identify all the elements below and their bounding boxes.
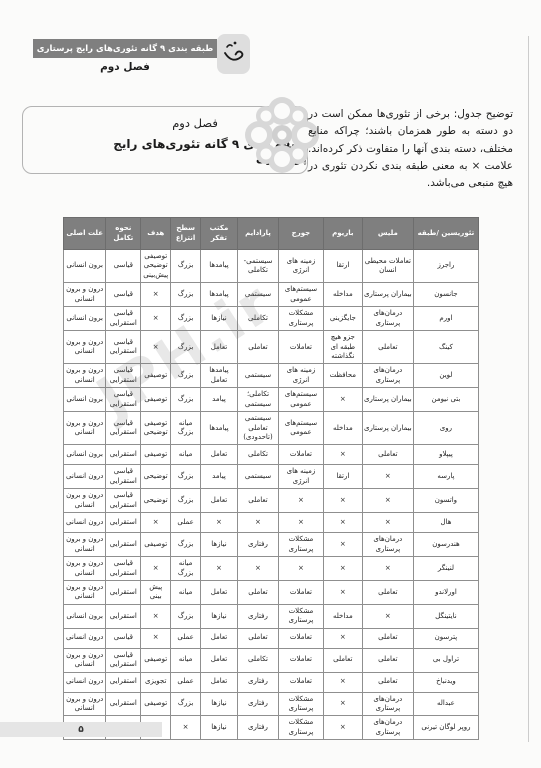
- table-cell: درون انسانی: [64, 672, 106, 692]
- table-cell: ×: [323, 489, 362, 513]
- table-cell: توصیفی: [141, 533, 171, 557]
- table-cell: بزرگ: [171, 489, 201, 513]
- theorist-name: اورم: [413, 307, 478, 331]
- table-cell: ×: [323, 513, 362, 533]
- table-cell: بیماران پرستاری: [362, 283, 413, 307]
- table-cell: درون و برون انسانی: [64, 412, 106, 445]
- table-cell: توضیحی: [141, 489, 171, 513]
- table-cell: سیستم‌های عمومی: [279, 412, 324, 445]
- theorist-name: تراول بی: [413, 648, 478, 672]
- table-row: واتسون×××تعاملیتعاملبزرگتوضیحیقیاسی استق…: [64, 489, 479, 513]
- table-cell: مشکلات پرستاری: [279, 692, 324, 716]
- theorist-name: ویدنباخ: [413, 672, 478, 692]
- table-cell: تعاملی: [237, 628, 278, 648]
- table-cell: سیستمی: [237, 465, 278, 489]
- table-cell: ×: [323, 580, 362, 604]
- calligraphy-logo-icon: [222, 38, 246, 70]
- table-cell: نیازها: [201, 604, 238, 628]
- table-cell: رفتاری: [237, 716, 278, 740]
- page-number-bar: ۵: [0, 722, 162, 737]
- table-cell: قیاسی: [106, 250, 141, 283]
- table-cell: درون انسانی: [64, 628, 106, 648]
- table-cell: رفتاری: [237, 672, 278, 692]
- table-cell: ارتقا: [323, 250, 362, 283]
- table-cell: استقرایی: [106, 672, 141, 692]
- table-cell: برون انسانی: [64, 388, 106, 412]
- table-head: تئوریسین /طبقهملیسباریومجورجپارادایممکتب…: [64, 218, 479, 250]
- table-body: راجرزتعاملات محیطی انسانارتقازمینه های ا…: [64, 250, 479, 740]
- table-row: لنینگر×××××میانه بزرگ×قیاسی استقراییدرون…: [64, 557, 479, 581]
- table-cell: تعامل: [201, 672, 238, 692]
- table-cell: درون و برون انسانی: [64, 580, 106, 604]
- table-cell: نیازها: [201, 692, 238, 716]
- table-cell: توصیفی توضیحی پیش‌بینی: [141, 250, 171, 283]
- table-cell: استقرایی: [106, 692, 141, 716]
- table-cell: رفتاری: [237, 533, 278, 557]
- table-row: بتی نیومنبیماران پرستاری×سیستم‌های عمومی…: [64, 388, 479, 412]
- theorist-name: راجرز: [413, 250, 478, 283]
- table-cell: قیاسی استقرایی: [106, 331, 141, 364]
- running-header-bar: طبقه بندی ۹ گانه تئوری‌های رایج پرستاری: [33, 39, 217, 58]
- table-row: نایتینگل×مداخلهمشکلات پرستاریرفتارینیازه…: [64, 604, 479, 628]
- table-cell: ×: [201, 513, 238, 533]
- table-cell: مداخله: [323, 283, 362, 307]
- table-cell: ×: [323, 672, 362, 692]
- table-cell: بزرگ: [171, 364, 201, 388]
- table-cell: میانه بزرگ: [171, 412, 201, 445]
- table-cell: تعاملات: [279, 331, 324, 364]
- table-header-row: تئوریسین /طبقهملیسباریومجورجپارادایممکتب…: [64, 218, 479, 250]
- table-cell: استقرایی: [106, 445, 141, 465]
- table-row: هال×××××عملی×استقراییدرون انسانی: [64, 513, 479, 533]
- table-cell: پیامدها تعامل: [201, 364, 238, 388]
- table-cell: ×: [279, 557, 324, 581]
- theorist-name: بتی نیومن: [413, 388, 478, 412]
- table-cell: بزرگ: [171, 692, 201, 716]
- table-cell: تعاملی: [362, 648, 413, 672]
- theorist-name: لنینگر: [413, 557, 478, 581]
- table-cell: ×: [141, 604, 171, 628]
- table-cell: درون انسانی: [64, 513, 106, 533]
- theorist-name: هندرسون: [413, 533, 478, 557]
- theorist-name: کینگ: [413, 331, 478, 364]
- table-cell: مشکلات پرستاری: [279, 533, 324, 557]
- table-cell: سیستمی: [237, 364, 278, 388]
- theorist-name: پترسون: [413, 628, 478, 648]
- table-cell: تعاملی: [237, 580, 278, 604]
- table-cell: سیستم‌های عمومی: [279, 388, 324, 412]
- table-cell: ×: [141, 307, 171, 331]
- table-cell: مشکلات پرستاری: [279, 716, 324, 740]
- table-cell: بزرگ: [171, 533, 201, 557]
- table-row: راجرزتعاملات محیطی انسانارتقازمینه های ا…: [64, 250, 479, 283]
- table-cell: قیاسی استقرایی: [106, 307, 141, 331]
- table-cell: درمان‌های پرستاری: [362, 692, 413, 716]
- table-cell: ×: [362, 557, 413, 581]
- table-cell: سیستمی: [237, 283, 278, 307]
- running-chapter-label: فصل دوم: [33, 61, 217, 73]
- table-cell: تعاملات: [279, 628, 324, 648]
- table-cell: توضیحی: [141, 465, 171, 489]
- table-cell: زمینه های انرژی: [279, 364, 324, 388]
- table-cell: قیاسی استقرایی: [106, 388, 141, 412]
- table-cell: تعاملات: [279, 445, 324, 465]
- table-cell: توصیفی توضیحی: [141, 412, 171, 445]
- table-cell: تعاملات: [279, 672, 324, 692]
- table-cell: تعامل: [201, 648, 238, 672]
- table-cell: ×: [323, 557, 362, 581]
- theorist-name: نایتینگل: [413, 604, 478, 628]
- table-cell: بزرگ: [171, 604, 201, 628]
- column-header: پارادایم: [237, 218, 278, 250]
- column-header: مکتب تفکر: [201, 218, 238, 250]
- table-cell: توصیفی: [141, 388, 171, 412]
- table-cell: زمینه های انرژی: [279, 465, 324, 489]
- table-cell: پیامدها: [201, 283, 238, 307]
- theorist-name: هال: [413, 513, 478, 533]
- table-cell: تعامل: [201, 489, 238, 513]
- table-row: پترسونتعاملی×تعاملاتتعاملیتعاملعملی×قیاس…: [64, 628, 479, 648]
- table-cell: تعاملی: [362, 580, 413, 604]
- table-cell: درمان‌های پرستاری: [362, 307, 413, 331]
- table-cell: نیازها: [201, 533, 238, 557]
- table-row: اورمدرمان‌های پرستاریجایگزینیمشکلات پرست…: [64, 307, 479, 331]
- table-cell: درمان‌های پرستاری: [362, 716, 413, 740]
- table-row: پیپلاوتعاملی×تعاملاتتکاملیتعاملمیانهتوصی…: [64, 445, 479, 465]
- theory-classification-table: تئوریسین /طبقهملیسباریومجورجپارادایممکتب…: [63, 217, 479, 740]
- table-row: اورلاندوتعاملی×تعاملاتتعاملیتعاملمیانهپی…: [64, 580, 479, 604]
- table-row: جانسونبیماران پرستاریمداخلهسیستم‌های عمو…: [64, 283, 479, 307]
- table-cell: سیستمی تعاملی (تاحدودی): [237, 412, 278, 445]
- table-cell: جایگزینی: [323, 307, 362, 331]
- table-cell: میانه: [171, 580, 201, 604]
- table-cell: تعاملات: [279, 580, 324, 604]
- table-cell: برون انسانی: [64, 445, 106, 465]
- table-cell: درون و برون انسانی: [64, 692, 106, 716]
- table-cell: تعاملی: [362, 445, 413, 465]
- publisher-logo: [217, 34, 250, 74]
- table-row: لویندرمان‌های پرستاریمحافظتزمینه های انر…: [64, 364, 479, 388]
- table-cell: مداخله: [323, 412, 362, 445]
- theorist-name: روی: [413, 412, 478, 445]
- table-cell: ×: [362, 465, 413, 489]
- table-cell: درون و برون انسانی: [64, 557, 106, 581]
- table-cell: درون انسانی: [64, 465, 106, 489]
- table-row: پارسه×ارتقازمینه های انرژیسیستمیپیامدبزر…: [64, 465, 479, 489]
- table-cell: ×: [141, 331, 171, 364]
- table-cell: درون و برون انسانی: [64, 533, 106, 557]
- table-cell: برون انسانی: [64, 307, 106, 331]
- table-cell: نیازها: [201, 307, 238, 331]
- table-cell: برون انسانی: [64, 604, 106, 628]
- table-cell: درمان‌های پرستاری: [362, 533, 413, 557]
- table-cell: توصیفی: [141, 648, 171, 672]
- table-cell: قیاسی: [106, 283, 141, 307]
- column-header: باریوم: [323, 218, 362, 250]
- table-cell: تکاملی: [237, 307, 278, 331]
- table-cell: درون و برون انسانی: [64, 283, 106, 307]
- table-cell: تعاملات: [279, 648, 324, 672]
- table-cell: محافظت: [323, 364, 362, 388]
- table-cell: تکاملی: [237, 445, 278, 465]
- table-cell: درون و برون انسانی: [64, 489, 106, 513]
- table-cell: استقرایی: [106, 513, 141, 533]
- table-cell: ×: [362, 604, 413, 628]
- column-header: نحوه تکامل: [106, 218, 141, 250]
- page-right-rule: [528, 36, 529, 742]
- table-cell: پیامد: [201, 388, 238, 412]
- table-cell: ×: [141, 283, 171, 307]
- theorist-name: جانسون: [413, 283, 478, 307]
- table-cell: بزرگ: [171, 307, 201, 331]
- table-row: ویدنباختعاملی×تعاملاترفتاریتعاملعملیتجوی…: [64, 672, 479, 692]
- table-cell: درون و برون انسانی: [64, 364, 106, 388]
- table-row: عبدالهدرمان‌های پرستاری×مشکلات پرستاریرف…: [64, 692, 479, 716]
- theorist-name: واتسون: [413, 489, 478, 513]
- table-cell: ×: [362, 489, 413, 513]
- table-cell: پیامد: [201, 465, 238, 489]
- table-cell: میانه بزرگ: [171, 557, 201, 581]
- table-cell: بزرگ: [171, 331, 201, 364]
- table-cell: تعاملی: [362, 628, 413, 648]
- column-header: ملیس: [362, 218, 413, 250]
- table-cell: ×: [323, 533, 362, 557]
- table-cell: تعامل: [201, 445, 238, 465]
- table-cell: مشکلات پرستاری: [279, 307, 324, 331]
- table-cell: میانه: [171, 648, 201, 672]
- table-cell: تعامل: [201, 580, 238, 604]
- theory-classification-table-wrap: تئوریسین /طبقهملیسباریومجورجپارادایممکتب…: [63, 217, 479, 740]
- table-cell: بزرگ: [171, 283, 201, 307]
- table-cell: عملی: [171, 513, 201, 533]
- table-cell: ×: [141, 557, 171, 581]
- page-number: ۵: [78, 725, 84, 735]
- table-cell: تعامل: [201, 331, 238, 364]
- table-cell: توصیفی: [141, 692, 171, 716]
- table-cell: تعاملی: [237, 489, 278, 513]
- table-cell: جزو هیچ طبقه ای نگذاشته: [323, 331, 362, 364]
- table-cell: ×: [279, 513, 324, 533]
- table-cell: استقرایی: [106, 533, 141, 557]
- table-cell: تجویزی: [141, 672, 171, 692]
- column-header: جورج: [279, 218, 324, 250]
- table-cell: ×: [237, 513, 278, 533]
- table-cell: پیامدها: [201, 250, 238, 283]
- table-cell: عملی: [171, 672, 201, 692]
- table-cell: تعاملی: [323, 648, 362, 672]
- table-cell: ×: [141, 628, 171, 648]
- table-cell: ×: [279, 489, 324, 513]
- running-header-title: طبقه بندی ۹ گانه تئوری‌های رایج پرستاری: [37, 44, 213, 54]
- table-cell: تعاملی: [237, 331, 278, 364]
- table-cell: زمینه های انرژی: [279, 250, 324, 283]
- table-cell: استقرایی: [106, 580, 141, 604]
- column-header: هدف: [141, 218, 171, 250]
- table-cell: ×: [323, 716, 362, 740]
- table-cell: بزرگ: [171, 250, 201, 283]
- table-cell: میانه: [171, 445, 201, 465]
- column-header: تئوریسین /طبقه: [413, 218, 478, 250]
- theorist-name: پیپلاو: [413, 445, 478, 465]
- table-cell: درمان‌های پرستاری: [362, 364, 413, 388]
- table-cell: رفتاری: [237, 604, 278, 628]
- theorist-name: اورلاندو: [413, 580, 478, 604]
- table-cell: ×: [141, 513, 171, 533]
- table-cell: درون و برون انسانی: [64, 648, 106, 672]
- table-cell: مشکلات پرستاری: [279, 604, 324, 628]
- table-explanation-note: توضیح جدول: برخی از تئوری‌ها ممکن است در…: [308, 106, 513, 193]
- table-cell: تعامل: [201, 628, 238, 648]
- table-cell: ×: [323, 445, 362, 465]
- table-cell: قیاسی استقرایی: [106, 412, 141, 445]
- table-cell: رفتاری: [237, 692, 278, 716]
- table-cell: پیامدها: [201, 412, 238, 445]
- table-cell: بیماران پرستاری: [362, 412, 413, 445]
- table-cell: قیاسی: [106, 628, 141, 648]
- column-header: علت اصلی: [64, 218, 106, 250]
- table-cell: توصیفی: [141, 445, 171, 465]
- table-cell: بزرگ: [171, 465, 201, 489]
- column-header: سطح انتزاع: [171, 218, 201, 250]
- chapter-number: فصل دوم: [172, 116, 218, 130]
- table-cell: درون و برون انسانی: [64, 331, 106, 364]
- table-cell: ×: [201, 557, 238, 581]
- table-cell: ×: [323, 388, 362, 412]
- theorist-name: عبداله: [413, 692, 478, 716]
- table-row: هندرسوندرمان‌های پرستاری×مشکلات پرستاریر…: [64, 533, 479, 557]
- table-cell: ×: [323, 692, 362, 716]
- table-cell: تعاملی: [362, 331, 413, 364]
- table-cell: استقرایی: [106, 604, 141, 628]
- table-cell: پیش بینی: [141, 580, 171, 604]
- table-cell: ×: [237, 557, 278, 581]
- theorist-name: روپر لوگان تیرنی: [413, 716, 478, 740]
- table-cell: قیاسی استقرایی: [106, 648, 141, 672]
- table-cell: تکاملی: [237, 648, 278, 672]
- table-cell: سیستمی- تکاملی: [237, 250, 278, 283]
- table-cell: مداخله: [323, 604, 362, 628]
- table-cell: بیماران پرستاری: [362, 388, 413, 412]
- table-cell: ×: [323, 628, 362, 648]
- table-row: تراول بیتعاملیتعاملیتعاملاتتکاملیتعاملمی…: [64, 648, 479, 672]
- table-cell: ×: [362, 513, 413, 533]
- table-cell: ارتقا: [323, 465, 362, 489]
- table-cell: ×: [171, 716, 201, 740]
- table-cell: قیاسی استقرایی: [106, 489, 141, 513]
- table-cell: قیاسی استقرایی: [106, 557, 141, 581]
- table-cell: قیاسی استقرایی: [106, 465, 141, 489]
- table-row: کینگتعاملیجزو هیچ طبقه ای نگذاشتهتعاملات…: [64, 331, 479, 364]
- table-cell: تکاملی؛ سیستمی: [237, 388, 278, 412]
- table-cell: عملی: [171, 628, 201, 648]
- table-cell: تعاملات محیطی انسان: [362, 250, 413, 283]
- table-cell: قیاسی استقرایی: [106, 364, 141, 388]
- table-cell: بزرگ: [171, 388, 201, 412]
- table-cell: نیازها: [201, 716, 238, 740]
- table-cell: تعاملی: [362, 672, 413, 692]
- table-cell: توصیفی: [141, 364, 171, 388]
- theorist-name: لوین: [413, 364, 478, 388]
- table-cell: سیستم‌های عمومی: [279, 283, 324, 307]
- theorist-name: پارسه: [413, 465, 478, 489]
- table-row: رویبیماران پرستاریمداخلهسیستم‌های عمومیس…: [64, 412, 479, 445]
- table-cell: برون انسانی: [64, 250, 106, 283]
